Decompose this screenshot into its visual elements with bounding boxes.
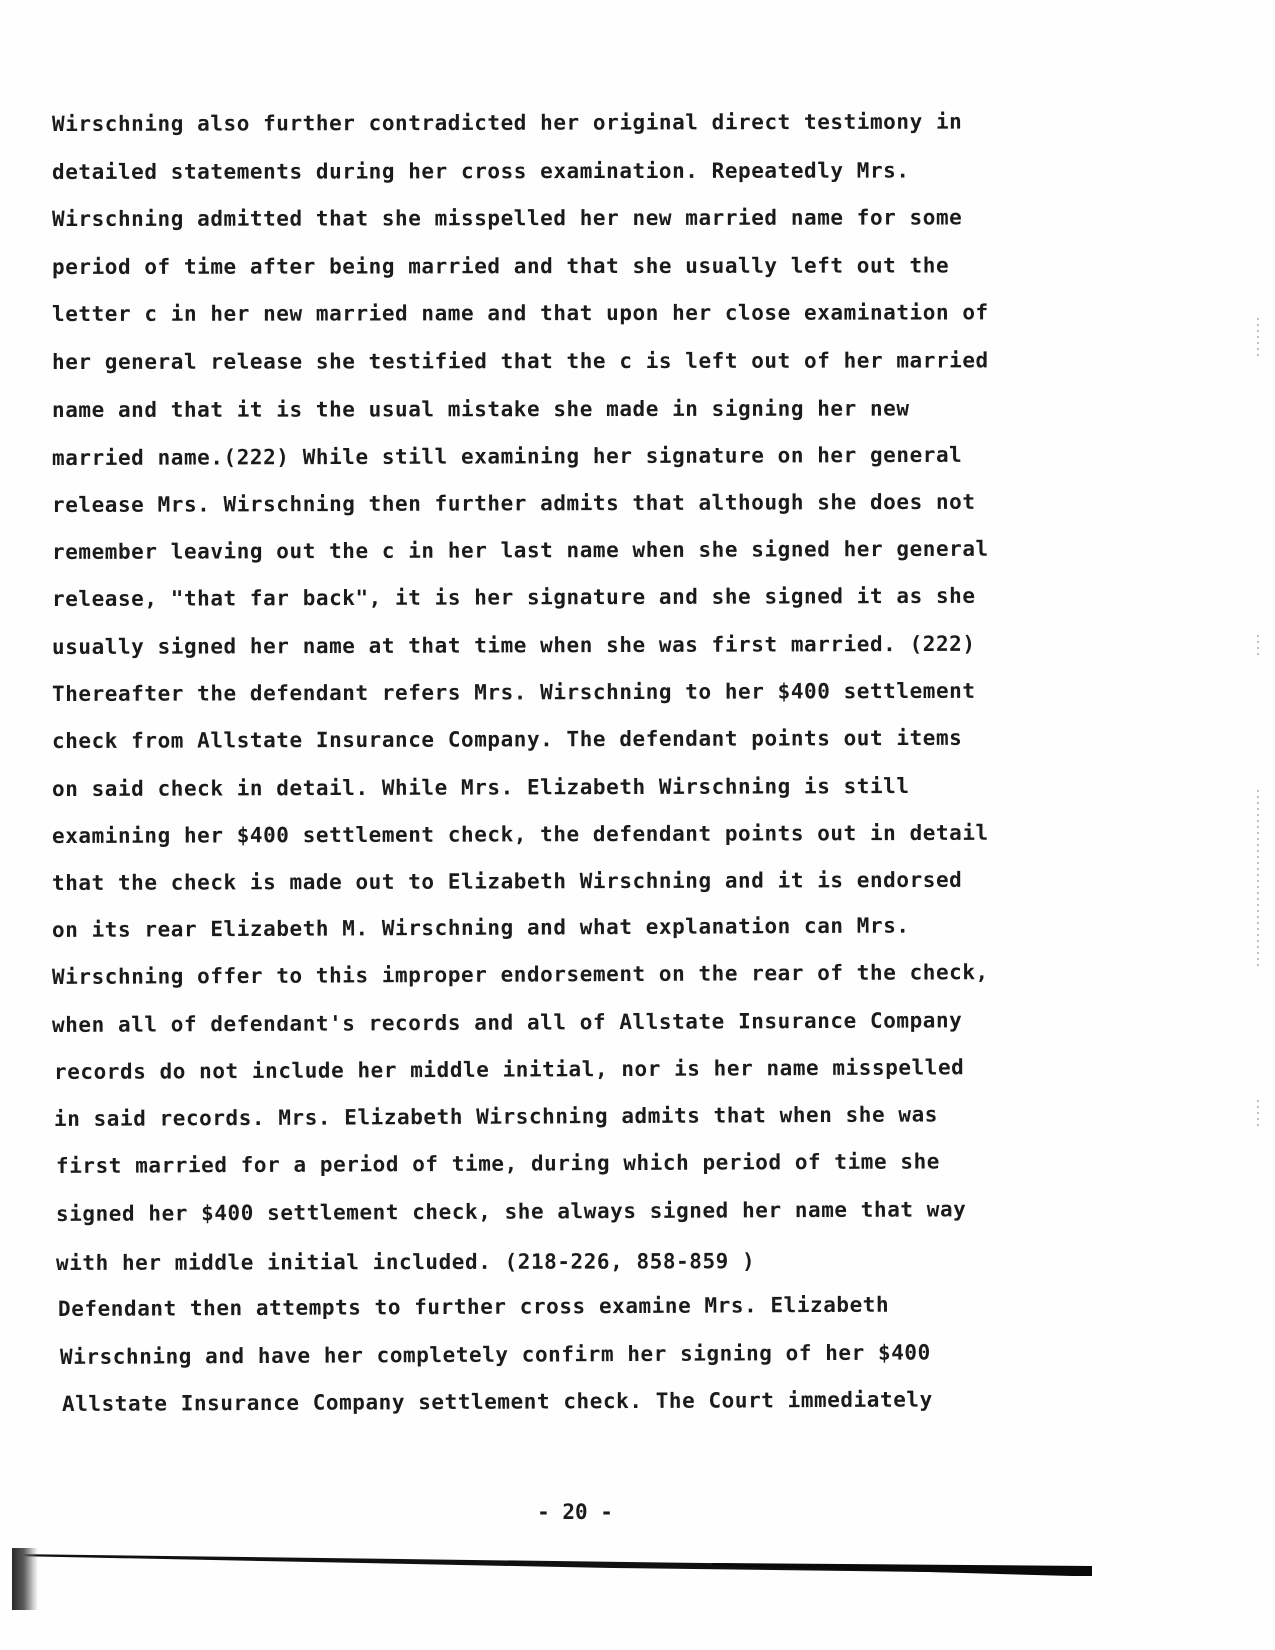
page-bottom-edge-rule xyxy=(12,1548,1275,1576)
body-line: Wirschning offer to this improper endors… xyxy=(52,959,989,990)
margin-scan-specks xyxy=(1257,790,1259,970)
body-line: name and that it is the usual mistake sh… xyxy=(52,396,910,423)
body-line: release Mrs. Wirschning then further adm… xyxy=(52,489,976,518)
body-line: in said records. Mrs. Elizabeth Wirschni… xyxy=(54,1101,938,1132)
body-line: married name.(222) While still examining… xyxy=(52,442,962,471)
body-line: signed her $400 settlement check, she al… xyxy=(56,1196,966,1227)
body-line: Thereafter the defendant refers Mrs. Wir… xyxy=(52,678,976,707)
body-line: Defendant then attempts to further cross… xyxy=(58,1292,889,1322)
body-line: period of time after being married and t… xyxy=(52,252,949,280)
body-line: records do not include her middle initia… xyxy=(54,1054,964,1085)
body-line: that the check is made out to Elizabeth … xyxy=(52,867,962,896)
margin-scan-specks xyxy=(1257,1100,1259,1130)
body-line: Wirschning admitted that she misspelled … xyxy=(52,204,962,232)
body-line: check from Allstate Insurance Company. T… xyxy=(52,725,962,754)
body-line: letter c in her new married name and tha… xyxy=(52,299,989,327)
body-line: usually signed her name at that time whe… xyxy=(52,631,976,660)
body-line: with her middle initial included. (218-2… xyxy=(56,1248,755,1276)
body-line: Wirschning and have her completely confi… xyxy=(60,1339,931,1370)
body-line: examining her $400 settlement check, the… xyxy=(52,820,989,849)
body-line: on said check in detail. While Mrs. Eliz… xyxy=(52,773,910,802)
body-line: Allstate Insurance Company settlement ch… xyxy=(62,1386,933,1417)
body-line: remember leaving out the c in her last n… xyxy=(52,536,989,565)
body-line: Wirschning also further contradicted her… xyxy=(52,109,962,137)
body-line: detailed statements during her cross exa… xyxy=(52,158,910,185)
margin-scan-specks xyxy=(1257,318,1259,360)
document-page: Wirschning also further contradicted her… xyxy=(0,0,1275,1650)
scan-corner-shadow xyxy=(12,1548,38,1610)
body-line: on its rear Elizabeth M. Wirschning and … xyxy=(52,913,910,943)
body-line: first married for a period of time, duri… xyxy=(56,1148,940,1179)
body-line: release, "that far back", it is her sign… xyxy=(52,583,976,612)
page-number: - 20 - xyxy=(0,1500,1150,1524)
margin-scan-specks xyxy=(1257,635,1259,659)
body-line: when all of defendant's records and all … xyxy=(52,1007,962,1038)
body-line: her general release she testified that t… xyxy=(52,347,989,375)
